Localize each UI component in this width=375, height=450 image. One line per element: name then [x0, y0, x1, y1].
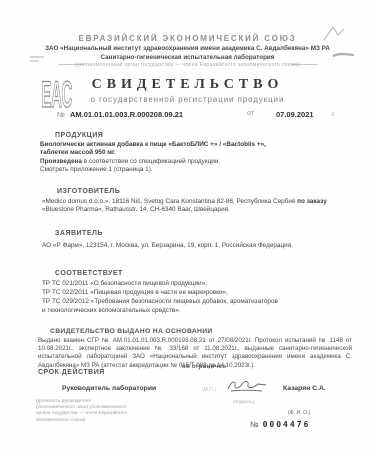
section-heading-product: ПРОДУКЦИЯ — [55, 132, 103, 139]
product-description: Биологически активная добавка к пище «Ба… — [40, 141, 290, 174]
blank-number-digits: 0004476 — [263, 420, 311, 429]
signatory-name: Казарян С.А. — [283, 385, 326, 392]
signatory-role-note: (должность руководителя (уполномоченного… — [36, 398, 166, 423]
certificate-title: СВИДЕТЕЛЬСТВО — [0, 77, 375, 93]
compliance-list: ТР ТС 021/2011 «О безопасности пищевой п… — [42, 280, 362, 316]
org-lab-name: Санитарно-гигиеническая испытательная ла… — [0, 54, 375, 61]
product-see-note: Смотреть приложение 1 (страница 1). — [40, 166, 290, 174]
number-label: № — [57, 110, 65, 119]
manufacturer-by-order: по заказу — [297, 198, 327, 205]
validity-value: не ограничен — [182, 364, 226, 370]
section-heading-validity: СРОК ДЕЙСТВИЯ — [38, 369, 105, 376]
blank-number-label: № — [250, 420, 259, 429]
union-name: ЕВРАЗИЙСКИЙ ЭКОНОМИЧЕСКИЙ СОЮЗ — [0, 34, 375, 43]
stamp-place-note: (М.П.) — [202, 387, 216, 393]
manufacturer-address-lead: «Medico domus d.o.o.», 18116 Niš, Svetog… — [42, 198, 297, 205]
section-heading-basis: СВИДЕТЕЛЬСТВО ВЫДАНО НА ОСНОВАНИИ — [50, 328, 213, 335]
compliance-line: ТР ТС 022/2011 «Пищевая продукция в част… — [42, 289, 362, 298]
org-authority-note: (уполномоченный орган государства — член… — [0, 62, 375, 68]
section-heading-compliance: СООТВЕТСТВУЕТ — [55, 270, 123, 277]
org-name: ЗАО «Национальный институт здравоохранен… — [0, 45, 375, 52]
blank-serial-number: №0004476 — [250, 420, 310, 429]
date-preposition: от — [247, 110, 254, 117]
certificate-number-row: № AM.01.01.01.003.R.000208.09.21 от 07.0… — [0, 110, 375, 122]
certificate-number: AM.01.01.01.003.R.000208.09.21 — [70, 110, 183, 119]
signature-caption: (подпись) — [233, 400, 254, 405]
section-heading-applicant: ЗАЯВИТЕЛЬ — [55, 230, 103, 237]
year-suffix: г. — [332, 111, 335, 118]
applicant-address: АО «Р Фарм», 123154, г. Москва, ул. Берз… — [42, 242, 362, 250]
section-heading-manufacturer: ИЗГОТОВИТЕЛЬ — [57, 188, 120, 195]
product-produced-lead: Произведена — [40, 158, 82, 165]
compliance-line: ТР ТС 029/2012 «Требования безопасности … — [42, 298, 362, 307]
certificate-document: ЕВРАЗИЙСКИЙ ЭКОНОМИЧЕСКИЙ СОЮЗ ЗАО «Наци… — [0, 0, 375, 450]
compliance-line: ТР ТС 021/2011 «О безопасности пищевой п… — [42, 280, 362, 289]
product-produced-line: Произведена в соответствии со спецификац… — [40, 158, 290, 166]
signature-icon — [224, 377, 276, 395]
product-name: Биологически активная добавка к пище «Ба… — [40, 141, 266, 156]
signatory-role: Руководитель лаборатории — [62, 385, 156, 392]
manufacturer-address: «Medico domus d.o.o.», 18116 Niš, Svetog… — [42, 198, 354, 215]
name-caption: (Ф. И. О.) — [288, 410, 310, 416]
manufacturer-address-rest: «Bluestone Pharma», Rathausstr. 14, CH-6… — [42, 206, 230, 213]
compliance-line: и технологических вспомогательных средст… — [42, 307, 362, 316]
certificate-date: 07.09.2021 — [276, 110, 314, 119]
certificate-subtitle: о государственной регистрации продукции — [0, 95, 375, 104]
product-produced-rest: в соответствии со спецификацией продукци… — [82, 158, 220, 165]
